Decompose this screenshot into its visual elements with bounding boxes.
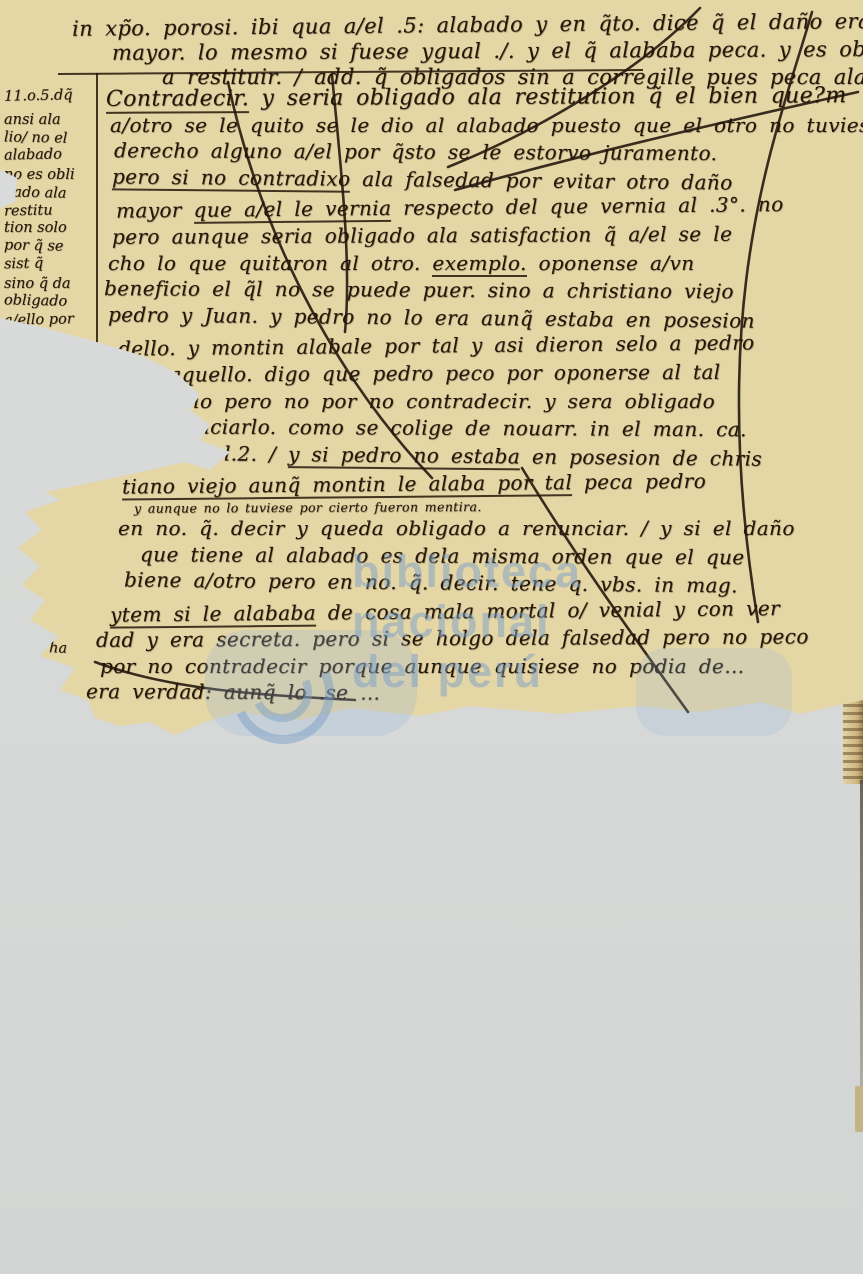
page-edge-sliver — [855, 1086, 863, 1132]
margin-note: alabado — [4, 146, 62, 163]
margin-note: taba en — [4, 694, 59, 711]
handwriting-line: beneficio pero no por no contradecir. y … — [116, 388, 849, 416]
margin-note: tal nota — [4, 710, 61, 727]
margin-note: no es obli — [4, 167, 75, 183]
watermark-logo-icon — [232, 642, 318, 728]
handwriting-line: y aunque no lo tuviese por cierto fueron… — [134, 496, 849, 516]
margin-note: mo lo ha — [4, 639, 67, 656]
manuscript-sheet: in xp̃o. porosi. ibi qua a/el .5: alabad… — [0, 0, 863, 742]
margin-note: obligado — [4, 292, 68, 309]
margin-note: sino q̃ da — [4, 276, 71, 292]
margin-note: ansi ala — [4, 112, 61, 128]
handwriting-line: a/otro se le quito se le dio al alabado … — [110, 112, 849, 140]
margin-note: por q̃ se — [4, 237, 64, 254]
handwriting-block: Contradecir. y seria obligado ala restit… — [104, 84, 849, 708]
margin-note: lio/ no el — [4, 129, 68, 146]
handwriting-line: Contradecir. y seria obligado ala restit… — [106, 82, 849, 113]
margin-note: no — [4, 331, 22, 347]
scanned-page: in xp̃o. porosi. ibi qua a/el .5: alabad… — [0, 0, 863, 1274]
ruled-line-vertical — [96, 73, 98, 471]
margin-note: gado ala — [4, 184, 67, 201]
margin-note: a/ello por — [4, 311, 74, 328]
margin-note: uja pue — [4, 659, 59, 676]
margin-note: saba es — [4, 678, 59, 694]
handwriting-line: por aquello. digo que pedro peco por opo… — [122, 358, 849, 389]
handwriting-line: cho lo que quitaron al otro. exemplo. op… — [108, 250, 849, 278]
margin-note: restitu — [4, 202, 53, 219]
handwriting-line: mayor. lo mesmo si fuese ygual ./. y el … — [112, 36, 845, 66]
handwriting-line: pero aunque seria obligado ala satisfact… — [112, 220, 849, 251]
margin-note: tion solo — [4, 220, 67, 236]
handwriting-header: in xp̃o. porosi. ibi qua a/el .5: alabad… — [0, 12, 845, 90]
watermark-blob — [636, 648, 792, 736]
handwriting-line: en no. q̃. decir y queda obligado a renu… — [118, 515, 849, 543]
margin-note: sist q̃ — [4, 256, 44, 273]
margin-note: 11.o.5.dq̃ — [4, 87, 73, 104]
